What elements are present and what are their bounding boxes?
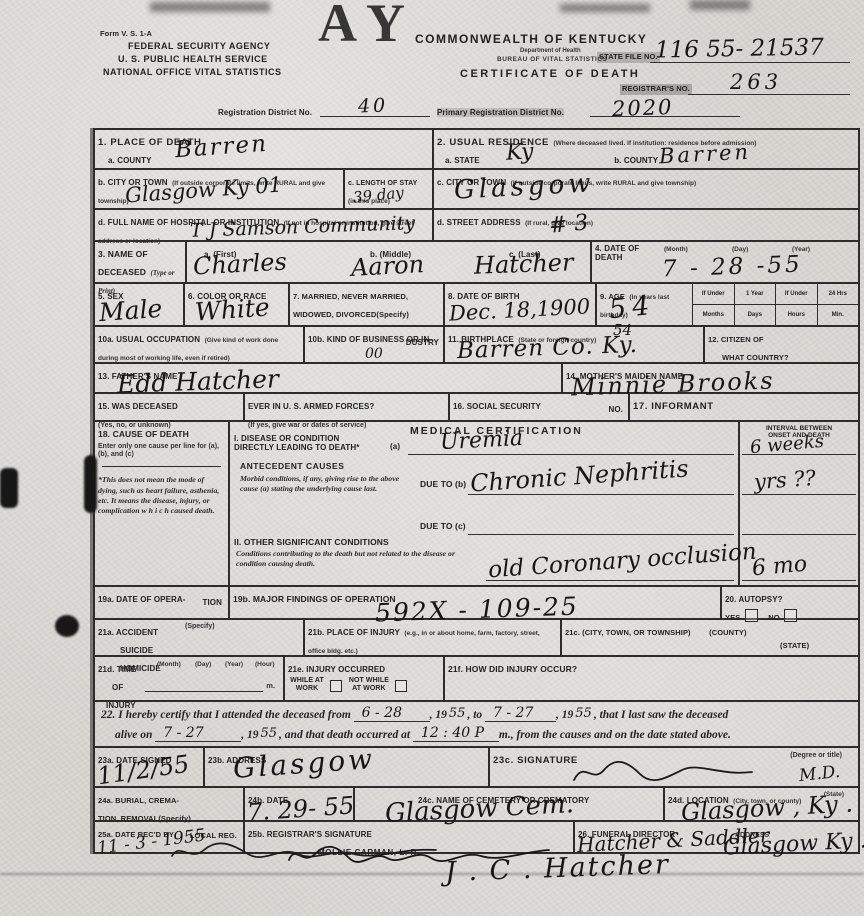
scan-smudge xyxy=(560,4,650,12)
agency-line-2: U. S. PUBLIC HEALTH SERVICE xyxy=(118,54,268,64)
field-length-of-stay: c. LENGTH OF STAY (in this place) 39 day xyxy=(345,170,434,208)
funeral-director-signature: J . C . Hatcher xyxy=(445,851,671,886)
attended-to-value: 7 - 27 xyxy=(485,705,556,722)
reg-district-label: Registration District No. xyxy=(218,108,312,117)
field-how-injury-occurred: 21f. HOW DID INJURY OCCUR? xyxy=(445,657,858,700)
industry-value: 00 xyxy=(365,347,383,361)
field-first-name: a. (First) Charles xyxy=(187,242,337,282)
length-of-stay-value: 39 day xyxy=(352,185,404,205)
registrar-no-value: 263 xyxy=(730,72,782,93)
age-subcol-hours: If UnderHours xyxy=(776,284,818,325)
cause-b-value: Chronic Nephritis xyxy=(469,456,689,495)
residence-county-label: b. COUNTY xyxy=(614,156,658,165)
dod-month-label: (Month) xyxy=(664,246,688,253)
cause-a-tag: (a) xyxy=(390,442,400,451)
field-residence-city: c. CITY OR TOWN (If outside corporate li… xyxy=(434,170,858,208)
field-cemetery-location: 24d. LOCATION (City, town, or county) (S… xyxy=(665,788,858,820)
scan-smudge xyxy=(150,2,270,12)
field-hospital-name: d. FULL NAME OF HOSPITAL OR INSTITUTION … xyxy=(95,210,434,240)
field-major-findings: 19b. MAJOR FINDINGS OF OPERATION 592X - … xyxy=(230,587,722,618)
stamp-overlay: AY xyxy=(318,0,419,54)
operation-date-label-2: TION xyxy=(202,598,222,607)
field-injury-location: 21c. (CITY, TOWN, OR TOWNSHIP) (COUNTY) … xyxy=(562,620,858,655)
cause-of-death-title: 18. CAUSE OF DEATH xyxy=(98,429,189,439)
field-date-of-operation: 19a. DATE OF OPERA- TION xyxy=(95,587,230,618)
registrar-no-label: REGISTRAR'S NO. xyxy=(620,84,692,95)
field-injury-occurred: 21e. INJURY OCCURRED WHILE ATWORK NOT WH… xyxy=(285,657,445,700)
other-conditions-label: II. OTHER SIGNIFICANT CONDITIONS xyxy=(234,538,389,548)
burial-label-1: 24a. BURIAL, CREMA- xyxy=(98,796,179,805)
county-value: Barren xyxy=(174,133,268,162)
certificate-form: 1. PLACE OF DEATH a. COUNTY Barren 2. US… xyxy=(93,128,860,854)
antecedent-note: Morbid conditions, if any, giving rise t… xyxy=(240,474,405,493)
residence-state-label: a. STATE xyxy=(445,156,480,165)
last-name-value: Hatcher xyxy=(474,250,574,277)
degree-or-title-note: (Degree or title) xyxy=(790,752,842,760)
cause-a-value: Uremia xyxy=(439,428,523,454)
agency-line-3: NATIONAL OFFICE VITAL STATISTICS xyxy=(103,67,282,77)
field-autopsy: 20. AUTOPSY? YES NO xyxy=(722,587,858,618)
field-burial-type: 24a. BURIAL, CREMA- TION, REMOVAL(Specif… xyxy=(95,788,245,820)
mother-value: Minnie Brooks xyxy=(571,368,775,399)
signer-address-value: Glasgow xyxy=(232,745,376,783)
certification-line-2: alive on 7 - 27, 1955, and that death oc… xyxy=(115,726,852,743)
field-marital-status: 7. MARRIED, NEVER MARRIED, WIDOWED, DIVO… xyxy=(290,284,445,325)
paper-crease xyxy=(0,873,864,875)
operation-date-label-1: 19a. DATE OF OPERA- xyxy=(98,595,186,604)
age-subcol-days: 1 YearDays xyxy=(735,284,777,325)
interval-b-line xyxy=(742,494,856,495)
not-while-at-work-label: NOT WHILEAT WORK xyxy=(347,677,391,692)
last-seen-value: 7 - 27 xyxy=(155,725,241,742)
how-injury-label: 21f. HOW DID INJURY OCCUR? xyxy=(448,664,577,674)
ssn-label-1: 16. SOCIAL SECURITY xyxy=(453,402,541,411)
field-mother-name: 14. MOTHER'S MAIDEN NAME Minnie Brooks xyxy=(563,364,858,392)
field-name-title: 3. NAME OF DECEASED (Type or Print) xyxy=(95,242,187,282)
citizen-label-1: 12. CITIZEN OF xyxy=(708,335,764,344)
field-physician-signature: 23c. SIGNATURE (Degree or title) M.D. xyxy=(490,748,858,786)
field-citizen: 12. CITIZEN OF WHAT COUNTRY? xyxy=(705,327,858,362)
not-while-at-work-checkbox xyxy=(395,680,407,692)
time-of-injury-label-1: 21d. TIME xyxy=(98,665,136,674)
marital-label-1: 7. MARRIED, NEVER MARRIED, xyxy=(293,292,408,301)
residence-state-value: Ky xyxy=(505,141,534,164)
reg-district-value: 40 xyxy=(358,96,389,116)
toi-hour: (Hour) xyxy=(255,661,275,668)
interval-column: INTERVAL BETWEEN ONSET AND DEATH 6 weeks… xyxy=(740,422,858,585)
form-number: Form V. S. 1-A xyxy=(100,30,152,39)
attended-from-value: 6 - 28 xyxy=(354,705,430,722)
field-armed-forces: EVER IN U. S. ARMED FORCES? (If yes, giv… xyxy=(245,394,450,420)
dob-value: Dec. 18,1900 xyxy=(449,296,591,324)
toi-year: (Year) xyxy=(225,661,243,668)
citizen-label-2: WHAT COUNTRY? xyxy=(722,353,789,362)
interval-c-line xyxy=(742,534,856,535)
toi-day: (Day) xyxy=(195,661,211,668)
street-address-label: d. STREET ADDRESS xyxy=(437,218,521,227)
time-of-death-value: 12 : 40 P xyxy=(413,725,499,742)
registrar-overflow-signature-mark xyxy=(170,838,440,864)
scan-blot xyxy=(0,468,18,508)
injury-city-label: 21c. (CITY, TOWN, OR TOWNSHIP) xyxy=(565,628,691,637)
time-of-injury-label-2: OF xyxy=(112,683,123,692)
cause-c-line xyxy=(468,534,734,535)
commonwealth-title: COMMONWEALTH OF KENTUCKY xyxy=(415,33,647,47)
field-accident-suicide-homicide: 21a. ACCIDENT (Specify) SUICIDE HOMICIDE xyxy=(95,620,305,655)
suicide-label: SUICIDE xyxy=(120,646,153,655)
field-date-of-birth: 8. DATE OF BIRTH Dec. 18,1900 xyxy=(445,284,597,325)
hospital-value: T J Samson Community xyxy=(190,214,416,241)
primary-district-value: 2020 xyxy=(612,97,674,120)
toi-month: (Month) xyxy=(157,661,181,668)
last-seen-year: 55 xyxy=(259,726,280,741)
birthplace-value: Barren Co. Ky. xyxy=(457,334,639,363)
sex-value: Male xyxy=(98,296,163,325)
certification-statement: 22. I hereby certify that I attended the… xyxy=(95,702,858,746)
signature-label: 23c. SIGNATURE xyxy=(493,755,578,766)
major-findings-value: 592X - 109-25 xyxy=(375,593,580,625)
industry-label-2: DUSTRY xyxy=(406,338,439,347)
ssn-label-2: NO. xyxy=(608,405,623,414)
first-name-value: Charles xyxy=(192,250,287,279)
major-findings-label: 19b. MAJOR FINDINGS OF OPERATION xyxy=(233,594,396,604)
field-city-of-death: b. CITY OR TOWN (If outside corporate li… xyxy=(95,170,345,208)
attended-to-year: 55 xyxy=(573,706,594,721)
registrar-no-underline xyxy=(688,94,850,95)
certification-line-1: 22. I hereby certify that I attended the… xyxy=(101,706,852,723)
age-subcol-months: If UnderMonths xyxy=(693,284,735,325)
residence-city-value: Glasgow xyxy=(453,170,595,203)
field-cause-of-death-note: 18. CAUSE OF DEATH Enter only one cause … xyxy=(95,422,230,585)
physician-signature-mark xyxy=(570,758,760,786)
injury-occurred-label: 21e. INJURY OCCURRED xyxy=(288,665,385,674)
interval-header-1: INTERVAL BETWEEN xyxy=(740,425,858,432)
agency-line-1: FEDERAL SECURITY AGENCY xyxy=(128,41,270,51)
informant-label: 17. INFORMANT xyxy=(633,401,714,412)
field-time-of-injury: 21d. TIME (Month) (Day) (Year) (Hour) OF… xyxy=(95,657,285,700)
field-color-or-race: 6. COLOR OR RACE White xyxy=(185,284,290,325)
field-cemetery-name: 24c. NAME OF CEMETERY OR CREMATORY Glasg… xyxy=(355,788,665,820)
field-place-of-death-county: 1. PLACE OF DEATH a. COUNTY Barren xyxy=(95,130,434,168)
street-address-value: # 3 xyxy=(548,212,589,237)
interval-other-value: 6 mo xyxy=(751,554,808,581)
due-to-b-label: DUE TO (b) xyxy=(420,480,466,490)
name-of-deceased-label: 3. NAME OF DECEASED xyxy=(98,249,148,277)
state-file-value: 116 55- 21537 xyxy=(655,37,824,63)
middle-name-value: Aaron xyxy=(350,252,424,280)
field-father-name: 13. FATHER'S NAME Edd Hatcher xyxy=(95,364,563,392)
date-of-death-value: 7 - 28 -55 xyxy=(662,254,803,282)
field-signer-address: 23b. ADDRESS Glasgow xyxy=(205,748,490,786)
scan-smudge xyxy=(690,0,750,10)
field-date-of-death: 4. DATE OF DEATH (Month) (Day) (Year) 7 … xyxy=(592,242,858,282)
field-date-signed: 23a. DATE SIGNED 11/2/55 xyxy=(95,748,205,786)
was-deceased-label: 15. WAS DECEASED xyxy=(98,402,178,411)
due-to-c-label: DUE TO (c) xyxy=(420,522,466,532)
field-last-name: c. (Last) Hatcher xyxy=(472,242,592,282)
field-funeral-director: 26. FUNERAL DIRECTOR ADDRESS Hatcher & S… xyxy=(575,822,858,852)
race-value: White xyxy=(194,294,270,324)
dept-of-health: Department of Health xyxy=(520,48,581,55)
field-street-address: d. STREET ADDRESS (If rural, give locati… xyxy=(434,210,858,240)
autopsy-label: 20. AUTOPSY? xyxy=(725,595,783,604)
occupation-label: 10a. USUAL OCCUPATION xyxy=(98,335,200,344)
field-middle-name: b. (Middle) Aaron xyxy=(337,242,472,282)
burial-date-value: 7. 29- 55 xyxy=(246,793,355,824)
bureau-line: BUREAU OF VITAL STATISTICS xyxy=(497,56,607,63)
divider xyxy=(102,466,221,467)
certificate-title: CERTIFICATE OF DEATH xyxy=(460,68,640,81)
cause-footnote: *This does not mean the mode of dying, s… xyxy=(98,475,225,516)
field-age: 9. AGE (In years last birthday) 54 If Un… xyxy=(597,284,858,325)
other-conditions-value: old Coronary occlusion xyxy=(488,541,758,583)
residence-county-value: Barren xyxy=(659,142,752,168)
while-at-work-label: WHILE ATWORK xyxy=(288,677,326,692)
specify-note: (Specify) xyxy=(185,623,215,631)
injury-state-label: (STATE) xyxy=(780,642,809,651)
injury-county-label: (COUNTY) xyxy=(709,628,746,637)
dod-day-label: (Day) xyxy=(732,246,748,253)
county-label: a. COUNTY xyxy=(108,156,152,165)
scan-blot xyxy=(84,455,97,513)
antecedent-label: ANTECEDENT CAUSES xyxy=(240,462,344,472)
marital-label-2: WIDOWED, DIVORCED(Specify) xyxy=(293,310,409,319)
disease-label-2: DIRECTLY LEADING TO DEATH* xyxy=(234,443,359,452)
primary-district-label: Primary Registration District No. xyxy=(437,108,564,117)
field-birthplace: 11. BIRTHPLACE (State or foreign country… xyxy=(445,327,705,362)
toi-m: m. xyxy=(266,682,275,690)
interval-b-value: yrs ?? xyxy=(753,468,816,493)
field-burial-date: 24b. DATE 7. 29- 55 xyxy=(245,788,355,820)
toi-line xyxy=(145,691,263,692)
accident-label: 21a. ACCIDENT xyxy=(98,628,158,637)
scanned-death-certificate: { "doc": { "stamp": "AY", "form_no": "Fo… xyxy=(0,0,864,916)
disease-label-1: I. DISEASE OR CONDITION xyxy=(234,434,339,443)
field-usual-residence: 2. USUAL RESIDENCE (Where deceased lived… xyxy=(434,130,858,168)
while-at-work-checkbox xyxy=(330,680,342,692)
age-subcol-min: 24 HrsMin. xyxy=(818,284,859,325)
place-of-injury-label: 21b. PLACE OF INJURY xyxy=(308,628,400,637)
scan-blot xyxy=(55,615,79,637)
location-value: Glasgow , Ky . xyxy=(680,792,853,825)
other-conditions-note: Conditions contributing to the death but… xyxy=(236,549,486,568)
cause-instruction: Enter only one cause per line for (a), (… xyxy=(98,443,225,458)
age-value: 54 xyxy=(608,292,657,324)
field-sex: 5. SEX Male xyxy=(95,284,185,325)
field-industry: 10b. KIND OF BUSINESS OR IN- DUSTRY 00 xyxy=(305,327,445,362)
degree-value: M.D. xyxy=(798,764,841,785)
armed-forces-label: EVER IN U. S. ARMED FORCES? xyxy=(248,402,374,411)
field-occupation: 10a. USUAL OCCUPATION (Give kind of work… xyxy=(95,327,305,362)
attended-from-year: 55 xyxy=(447,706,468,721)
medical-certification-area: MEDICAL CERTIFICATION I. DISEASE OR COND… xyxy=(230,422,740,585)
father-value: Edd Hatcher xyxy=(117,366,280,397)
date-of-death-label: 4. DATE OF DEATH xyxy=(595,244,647,262)
